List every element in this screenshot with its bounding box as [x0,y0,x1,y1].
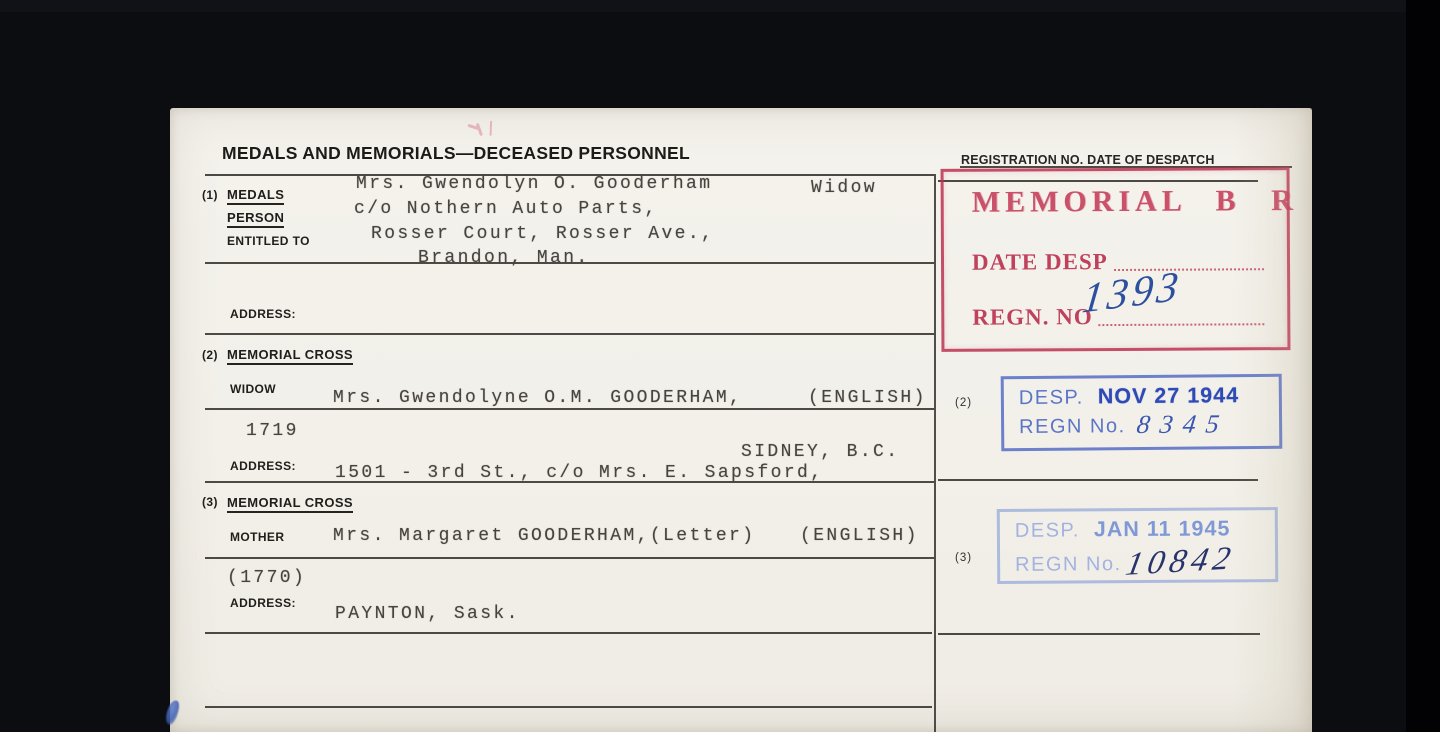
section2-recipient-name: Mrs. Gwendolyne O.M. GOODERHAM, [333,388,742,408]
card-title: MEDALS AND MEMORIALS—DECEASED PERSONNEL [222,143,690,164]
memorial-bar-stamp-title: MEMORIAL B R [972,184,1298,220]
section2-file-number: 1719 [246,421,299,441]
section1-address-line3: Brandon, Man. [418,248,590,268]
stamp2-regn-label: REGN No. [1019,415,1126,439]
rule-section3-bottom-right [938,633,1260,635]
memorial-bar-stamp: MEMORIAL B R DATE DESP REGN. NO 1393 [941,167,1291,352]
section1-relation-note: Widow [811,178,877,198]
section2-relation-label: WIDOW [230,382,276,396]
section2-number: (2) [202,348,218,362]
stamp3-regn-label: REGN No. [1015,553,1122,577]
stamp3-despatch-date: JAN 11 1945 [1094,516,1231,542]
section2-language-note: (ENGLISH) [808,388,927,408]
rule-extra-row [205,706,932,708]
stamp3-regn-handwritten-value: 10842 [1123,541,1239,584]
section1-address-label: ADDRESS: [230,307,296,321]
section2-city: SIDNEY, B.C. [741,442,899,462]
regn-no-label: REGN. NO [972,304,1093,331]
section3-relation-label: MOTHER [230,530,284,544]
blue-ink-blot [164,699,181,726]
section3-file-number: (1770) [227,568,306,588]
rule-section2-name [205,408,934,410]
stamp3-desp-label: DESP. [1015,519,1080,542]
section2-label: MEMORIAL CROSS [227,347,353,365]
section1-address-line1: c/o Nothern Auto Parts, [354,199,658,219]
stamp3-ref-number: (3) [955,552,972,564]
stamp2-desp-label: DESP. [1019,387,1084,411]
photo-background: MEDALS AND MEMORIALS—DECEASED PERSONNEL … [0,0,1440,732]
despatch-stamp-3: DESP. JAN 11 1945 REGN No. 10842 [997,507,1279,584]
section3-label: MEMORIAL CROSS [227,495,353,513]
stamp2-regn-handwritten-value: 8345 [1135,409,1231,440]
rule-section2-bottom-right [938,479,1258,481]
rule-section1-bottom [205,333,934,335]
background-top-band [0,0,1440,12]
rule-section3-name [205,557,934,559]
section1-number: (1) [202,188,218,202]
background-right-band [1406,0,1440,732]
stamp2-despatch-date: NOV 27 1944 [1098,383,1239,409]
section3-recipient-name: Mrs. Margaret GOODERHAM,(Letter) [333,526,755,546]
faint-red-smudge [465,118,513,143]
section2-address-value: 1501 - 3rd St., c/o Mrs. E. Sapsford, [335,463,823,483]
registration-header: REGISTRATION NO. DATE OF DESPATCH [961,153,1215,167]
section1-address-line2: Rosser Court, Rosser Ave., [371,224,714,244]
section2-address-label: ADDRESS: [230,459,296,473]
section3-language-note: (ENGLISH) [800,526,919,546]
section3-address-label: ADDRESS: [230,596,296,610]
record-card: MEDALS AND MEMORIALS—DECEASED PERSONNEL … [170,108,1312,732]
section1-label-medals: MEDALS [227,187,284,205]
rule-section3-bottom-left [205,632,932,634]
section1-recipient-name: Mrs. Gwendolyn O. Gooderham [356,174,712,194]
regn-no-dotted-line [1099,323,1265,326]
stamp2-ref-number: (2) [955,397,972,409]
date-desp-label: DATE DESP [972,249,1108,276]
section1-label-entitled-to: ENTITLED TO [227,234,310,248]
section3-address-value: PAYNTON, Sask. [335,604,520,624]
section1-label-person: PERSON [227,210,284,228]
section3-number: (3) [202,495,218,509]
column-divider [934,174,936,732]
despatch-stamp-2: DESP. NOV 27 1944 REGN No. 8345 [1001,374,1283,451]
